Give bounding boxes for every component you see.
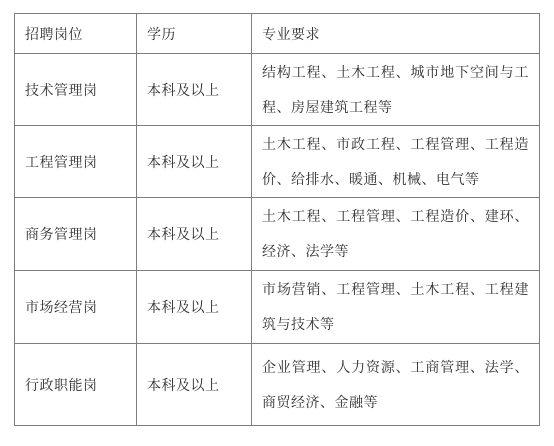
table-row: 技术管理岗 本科及以上 结构工程、土木工程、城市地下空间与工程、房屋建筑工程等	[15, 54, 540, 126]
header-position: 招聘岗位	[15, 14, 137, 54]
table-header-row: 招聘岗位 学历 专业要求	[15, 14, 540, 54]
recruitment-requirements-table: 招聘岗位 学历 专业要求 技术管理岗 本科及以上 结构工程、土木工程、城市地下空…	[14, 13, 540, 426]
header-majors: 专业要求	[252, 14, 540, 54]
education-cell: 本科及以上	[137, 54, 252, 126]
position-cell: 工程管理岗	[15, 126, 137, 198]
position-cell: 商务管理岗	[15, 198, 137, 271]
education-cell: 本科及以上	[137, 271, 252, 344]
education-cell: 本科及以上	[137, 344, 252, 426]
position-cell: 市场经营岗	[15, 271, 137, 344]
table-row: 行政职能岗 本科及以上 企业管理、人力资源、工商管理、法学、商贸经济、金融等	[15, 344, 540, 426]
majors-cell: 市场营销、工程管理、土木工程、工程建筑与技术等	[252, 271, 540, 344]
header-education: 学历	[137, 14, 252, 54]
table-row: 市场经营岗 本科及以上 市场营销、工程管理、土木工程、工程建筑与技术等	[15, 271, 540, 344]
majors-cell: 企业管理、人力资源、工商管理、法学、商贸经济、金融等	[252, 344, 540, 426]
table-row: 商务管理岗 本科及以上 土木工程、工程管理、工程造价、建环、经济、法学等	[15, 198, 540, 271]
majors-cell: 土木工程、市政工程、工程管理、工程造价、给排水、暖通、机械、电气等	[252, 126, 540, 198]
position-cell: 技术管理岗	[15, 54, 137, 126]
majors-cell: 结构工程、土木工程、城市地下空间与工程、房屋建筑工程等	[252, 54, 540, 126]
education-cell: 本科及以上	[137, 126, 252, 198]
position-cell: 行政职能岗	[15, 344, 137, 426]
education-cell: 本科及以上	[137, 198, 252, 271]
majors-cell: 土木工程、工程管理、工程造价、建环、经济、法学等	[252, 198, 540, 271]
table-row: 工程管理岗 本科及以上 土木工程、市政工程、工程管理、工程造价、给排水、暖通、机…	[15, 126, 540, 198]
